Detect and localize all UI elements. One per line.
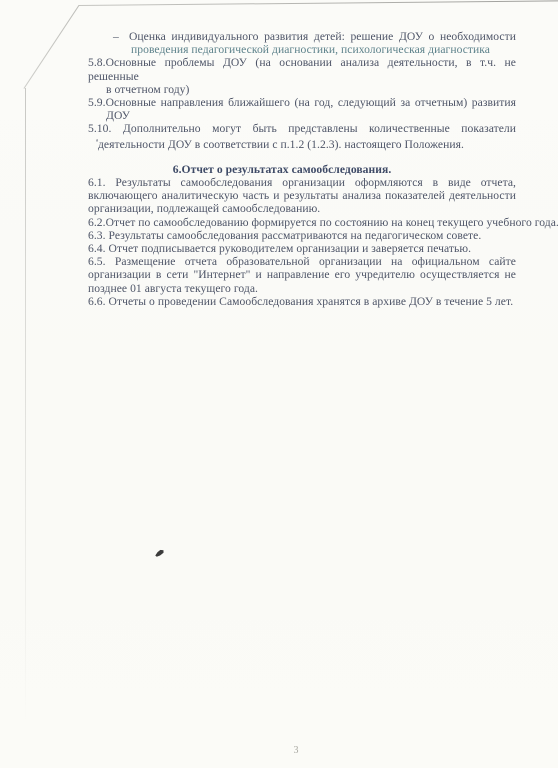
line-text: 6.5. Размещение отчета образовательной о…	[88, 255, 516, 268]
text-line: –Оценка индивидуального развития детей: …	[113, 30, 516, 43]
list-dash-marker: –	[113, 30, 129, 43]
line-text: 6.3. Результаты самообследования рассмат…	[88, 229, 481, 242]
page-fold-crease	[23, 5, 79, 89]
text-line: 6.3. Результаты самообследования рассмат…	[88, 229, 516, 242]
text-line: 6.1. Результаты самообследования организ…	[88, 176, 516, 189]
text-line: ДОУ	[106, 109, 516, 122]
text-line: 6.5. Размещение отчета образовательной о…	[88, 255, 516, 268]
line-text: 6.4. Отчет подписывается руководителем о…	[88, 242, 471, 255]
line-text: 6.2.Отчет по самообследованию формируетс…	[88, 216, 558, 229]
text-line: организации в сети "Интернет" и направле…	[88, 268, 516, 281]
text-line: проведения педагогической диагностики, п…	[131, 43, 516, 56]
line-text: 6.Отчет о результатах самообследования.	[173, 163, 392, 176]
text-block: –Оценка индивидуального развития детей: …	[88, 30, 516, 308]
text-line: 6.4. Отчет подписывается руководителем о…	[88, 242, 516, 255]
line-text: 6.6. Отчеты о проведении Самообследовани…	[88, 295, 513, 308]
page-left-edge-shadow	[25, 88, 26, 748]
scanned-page: –Оценка индивидуального развития детей: …	[0, 0, 558, 768]
section-heading: 6.Отчет о результатах самообследования.	[88, 163, 516, 176]
line-text: 5.10. Дополнительно могут быть представл…	[88, 122, 516, 135]
line-text: проведения педагогической диагностики, п…	[131, 43, 490, 56]
text-line: включающего аналитическую часть и резуль…	[88, 189, 516, 202]
line-text: позднее 01 августа текущего года.	[88, 282, 258, 295]
text-line: 5.8.Основные проблемы ДОУ (на основании …	[88, 56, 516, 82]
line-text: 5.9.Основные направления ближайшего (на …	[88, 96, 516, 109]
text-line: 5.9.Основные направления ближайшего (на …	[88, 96, 516, 109]
text-line: 6.2.Отчет по самообследованию формируетс…	[88, 216, 558, 229]
line-text: организации, подлежащей самообследованию…	[88, 202, 320, 215]
text-line: в отчетном году)	[106, 83, 516, 96]
line-text: Оценка индивидуального развития детей: р…	[129, 30, 516, 43]
line-text: ДОУ	[106, 109, 130, 122]
line-text: в отчетном году)	[106, 83, 189, 96]
line-text: включающего аналитическую часть и резуль…	[88, 189, 516, 202]
text-line: 6.6. Отчеты о проведении Самообследовани…	[88, 295, 516, 308]
ink-speck	[153, 543, 167, 563]
line-text: 5.8.Основные проблемы ДОУ (на основании …	[88, 56, 516, 82]
text-line: ªдеятельности ДОУ в соответствии с п.1.2…	[96, 136, 516, 151]
line-text: организации в сети "Интернет" и направле…	[88, 268, 516, 281]
text-line: 5.10. Дополнительно могут быть представл…	[88, 122, 516, 135]
text-line: организации, подлежащей самообследованию…	[88, 202, 516, 215]
line-text: 6.1. Результаты самообследования организ…	[88, 176, 516, 189]
text-line: позднее 01 августа текущего года.	[88, 282, 516, 295]
page-top-edge-line	[79, 0, 558, 6]
page-number: 3	[289, 745, 303, 756]
line-text: деятельности ДОУ в соответствии с п.1.2 …	[98, 138, 464, 151]
